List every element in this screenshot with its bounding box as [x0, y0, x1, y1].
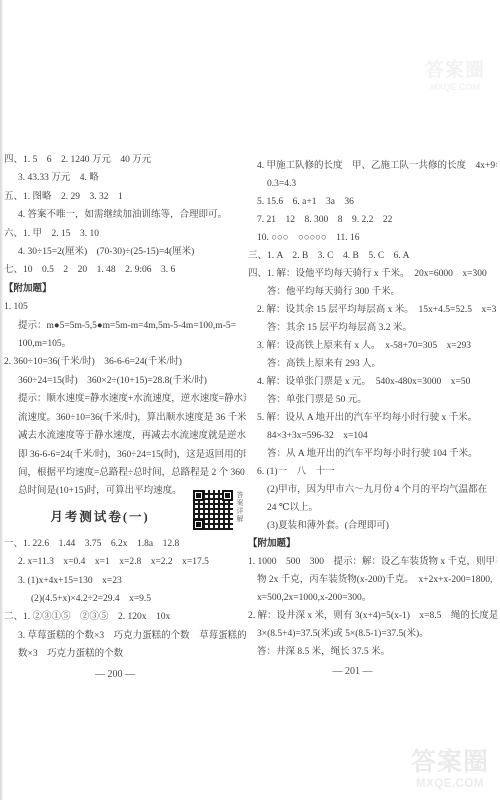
text-line: 5. 15.6 6. a+1 3a 36	[248, 193, 497, 211]
text-line: 二、1. ②③①⑤ ②③⑤ 2. 120x 10x	[4, 608, 246, 626]
text-line: 2. 解：设井深 x 米，则有 3(x+4)=5(x-1) x=8.5 绳的长度…	[248, 607, 497, 625]
text-line: 七、10 0.5 2 20 1. 48 2. 9:06 3. 6	[4, 261, 246, 279]
text-line: 一、1. 22.6 1.44 3.75 6.2x 1.8a 12.8	[4, 535, 246, 553]
text-line: 4. 解：设单张门票是 x 元。 540x-480x=3000 x=50	[248, 373, 497, 391]
text-line: 六、1. 甲 2. 15 3. 10	[4, 225, 246, 243]
text-line: 1. 1000 500 300 提示：解：设乙车装货物 x 千克，则甲车装货	[248, 553, 497, 571]
text-line: 流速度。360÷10=36(千米/时)，算出顺水速度是 36 千米/时，	[4, 409, 246, 427]
text-line: 10. ○○○ ○○○○○ 11. 16	[248, 229, 497, 247]
watermark-top: 答案圈 MXQE.COM	[412, 55, 498, 92]
text-line: 5. 解：设从 A 地开出的汽车平均每小时行驶 x 千米。	[248, 409, 497, 427]
text-line: 答：井深 8.5 米，绳长 37.5 米。	[248, 643, 497, 661]
qr-finder-icon	[193, 490, 204, 501]
watermark-bottom: 答案圈 MXQE.COM	[402, 742, 498, 790]
text-line: 0.3=4.3	[248, 175, 497, 193]
scan-edge-shadow	[0, 0, 3, 800]
text-line: 3. 解：设高铁上原来有 x 人。 x-58+70=305 x=293	[248, 337, 497, 355]
watermark-site: MXQE.COM	[412, 82, 498, 92]
text-line: 【附加题】	[4, 280, 246, 298]
watermark-site: MXQE.COM	[402, 778, 498, 790]
qr-finder-icon	[193, 519, 204, 530]
text-line: 3. (1)x+4x+15=130 x=23	[4, 572, 246, 590]
text-line: 【附加题】	[248, 535, 497, 553]
watermark-brand: 答案圈	[402, 742, 498, 778]
text-line: 4. 30÷15=2(厘米) (70-30)÷(25-15)=4(厘米)	[4, 243, 246, 261]
text-line: 3. 43.33 万元 4. 略	[4, 169, 246, 187]
text-line: 四、1. 5 6 2. 1240 万元 40 万元	[4, 151, 246, 169]
text-line: 答：高铁上原来有 293 人。	[248, 355, 497, 373]
text-line: 100,m=105。	[4, 335, 246, 353]
text-line: 答：其余 15 层平均每层高 3.2 米。	[248, 319, 497, 337]
text-line: 物 2x 千克，丙车装货物(x-200)千克。 x+2x+x-200=1800,	[248, 571, 497, 589]
watermark-brand: 答案圈	[412, 55, 498, 82]
right-page-lines: 4. 甲施工队修的长度 甲、乙施工队一共修的长度 4x+9×0.3=4.35. …	[248, 157, 497, 661]
text-line: x=500,2x=1000,x-200=300。	[248, 589, 497, 607]
text-line: (3)夏装和薄外套。(合理即可)	[248, 517, 497, 535]
text-line: 五、1. 图略 2. 29 3. 32 1	[4, 188, 246, 206]
text-line: 提示：m●5=5m-5,5●m=5m-m=4m,5m-5-4m=100,m-5=	[4, 317, 246, 335]
left-page-column: 四、1. 5 6 2. 1240 万元 40 万元3. 43.33 万元 4. …	[4, 151, 246, 684]
text-line: 2. x=11.3 x=0.4 x=1 x=2.8 x=2.2 x=17.5	[4, 553, 246, 571]
text-line: 答：单张门票是 50 元。	[248, 391, 497, 409]
qr-finder-icon	[222, 490, 233, 501]
text-line: 6. (1)一 八 十一	[248, 463, 497, 481]
text-line: 7. 21 12 8. 300 8 9. 2.2 22	[248, 211, 497, 229]
left-page-bottom-lines: 一、1. 22.6 1.44 3.75 6.2x 1.8a 12.82. x=1…	[4, 535, 246, 664]
text-line: 4. 甲施工队修的长度 甲、乙施工队一共修的长度 4x+9×	[248, 157, 497, 175]
page-number-left: — 200 —	[4, 666, 246, 684]
text-line: 4. 答案不唯一，如需继续加油训练等，合理即可。	[4, 206, 246, 224]
qr-code	[192, 489, 234, 531]
text-line: 1. 105	[4, 298, 246, 316]
text-line: 减去水流速度等于静水速度，再减去水流速度就是逆水速度，	[4, 427, 246, 445]
text-line: 答：他平均每天骑行 300 千米。	[248, 283, 497, 301]
right-page-column: 4. 甲施工队修的长度 甲、乙施工队一共修的长度 4x+9×0.3=4.35. …	[248, 157, 497, 681]
left-page-top-lines: 四、1. 5 6 2. 1240 万元 40 万元3. 43.33 万元 4. …	[4, 151, 246, 501]
text-line: 24 ℃以上。	[248, 499, 497, 517]
text-line: 2. 360÷10=36(千米/时) 36-6-6=24(千米/时)	[4, 353, 246, 371]
qr-caption: 答案详解	[236, 491, 244, 533]
text-line: 四、1. 解：设他平均每天骑行 x 千米。 20x=6000 x=300	[248, 265, 497, 283]
text-line: 360÷24=15(时) 360×2÷(10+15)=28.8(千米/时)	[4, 372, 246, 390]
text-line: 即 36-6-6=24(千米/时)，360÷24=15(时)，这是返回用的时	[4, 446, 246, 464]
text-line: 三、1. A 2. B 3. C 4. B 5. C 6. A	[248, 247, 497, 265]
text-line: 3. 草莓蛋糕的个数×3 巧克力蛋糕的个数 草莓蛋糕的个	[4, 627, 246, 645]
text-line: 2. 解：设其余 15 层平均每层高 x 米。 15x+4.5=52.5 x=3…	[248, 301, 497, 319]
text-line: 数×3 巧克力蛋糕的个数	[4, 645, 246, 663]
page-number-right: — 201 —	[248, 663, 497, 681]
text-line: (2)(4.5+x)×4.2÷2=29.4 x=9.5	[4, 590, 246, 608]
text-line: 3×(8.5+4)=37.5(米)或 5×(8.5-1)=37.5(米)。	[248, 625, 497, 643]
text-line: 间，根据平均速度=总路程÷总时间，总路程是 2 个 360 千米，	[4, 464, 246, 482]
text-line: 提示：顺水速度=静水速度+水流速度，逆水速度=静水速度-水	[4, 390, 246, 408]
text-line: 答：从 A 地开出的汽车平均每小时行驶 104 千米。	[248, 445, 497, 463]
text-line: 84×3+3x=596-32 x=104	[248, 427, 497, 445]
text-line: (2)甲市，因为甲市六～九月份 4 个月的平均气温都在	[248, 481, 497, 499]
